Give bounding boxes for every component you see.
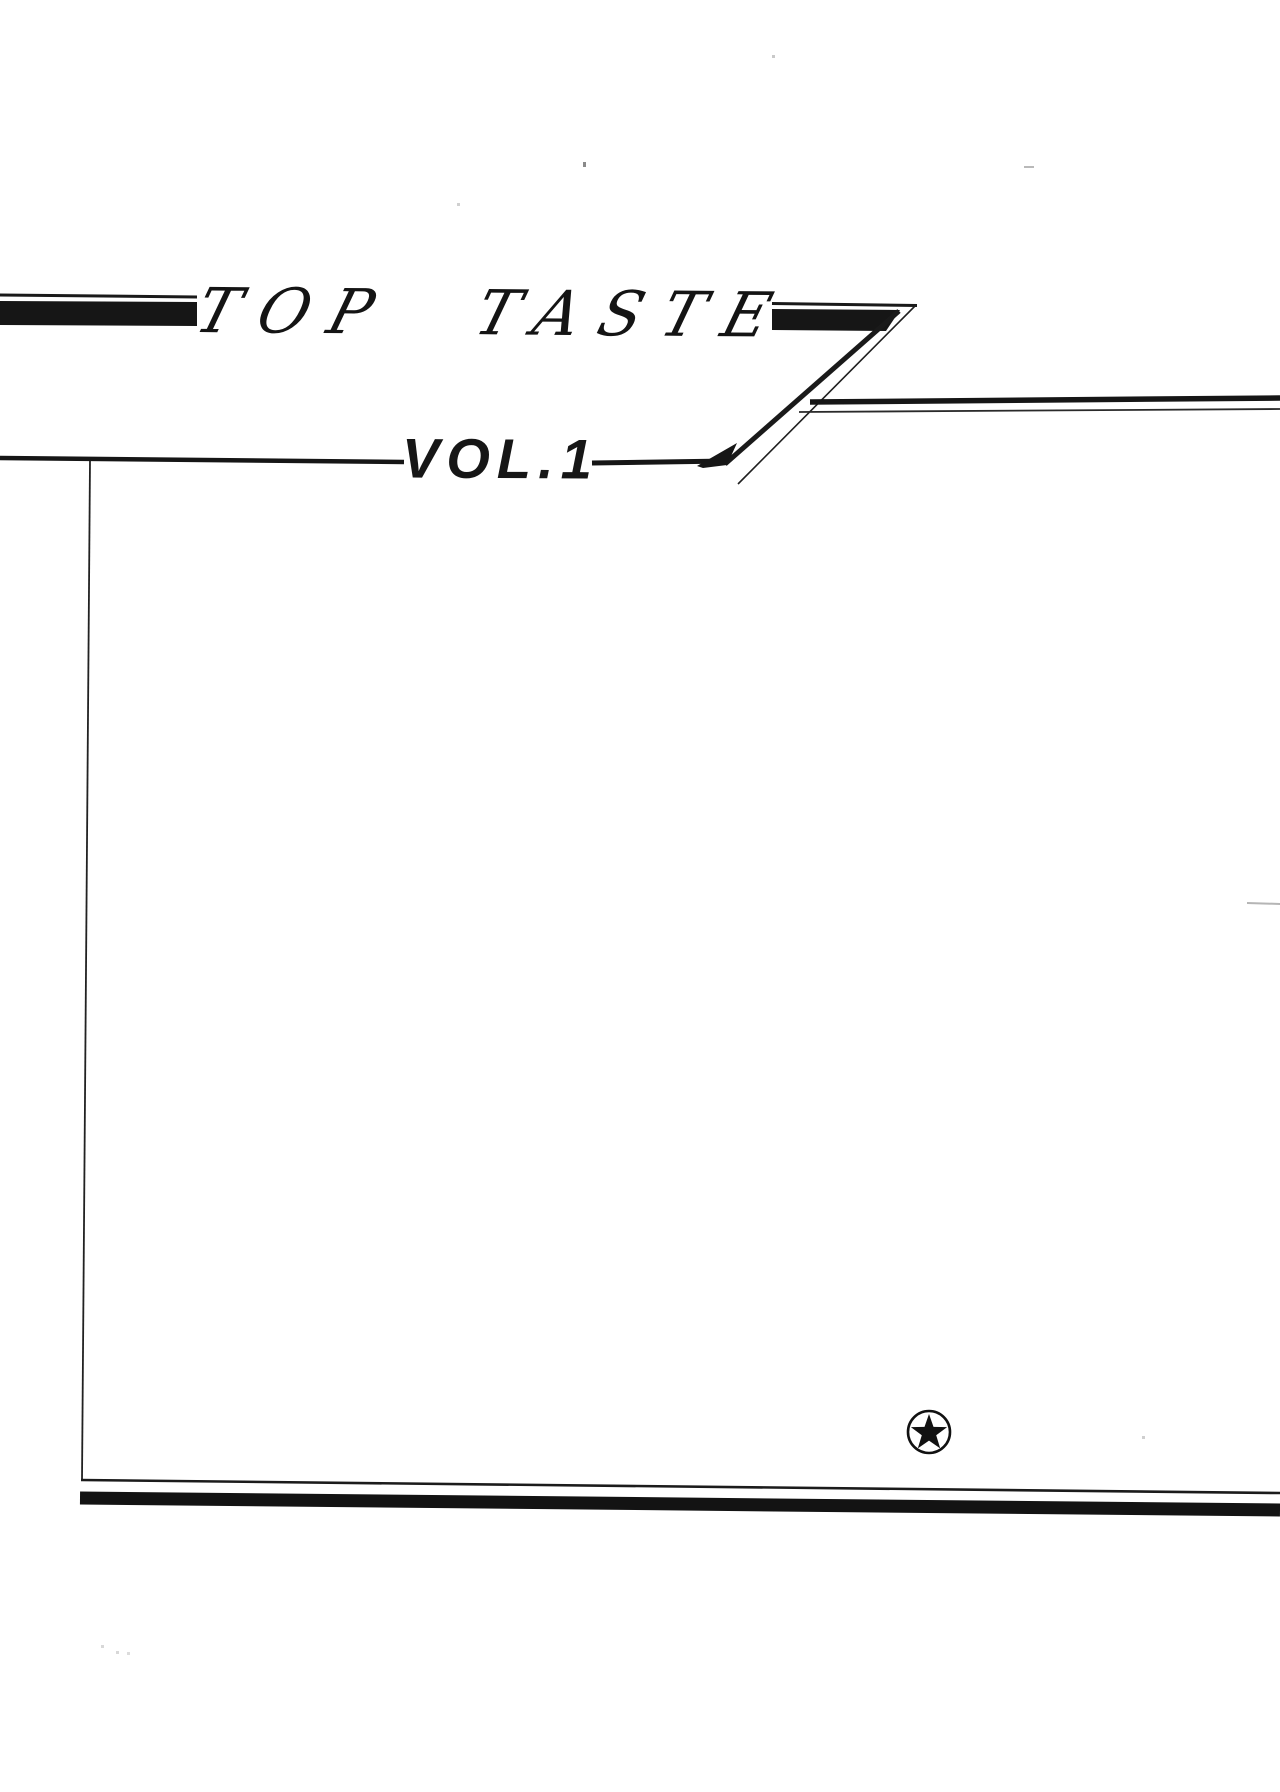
bottom-rule-thick: [80, 1498, 1280, 1510]
content-box-left-edge: [82, 461, 90, 1480]
top-ribbon-left-bar: [0, 301, 197, 326]
scan-speck: [116, 1651, 119, 1654]
ribbon-graphics: [0, 0, 1280, 1792]
middle-rule-thin: [799, 409, 1280, 412]
volume-rule-left: [0, 458, 404, 462]
top-ribbon-left-thin-line: [0, 295, 197, 297]
faint-edge-line-fragment: [1247, 903, 1280, 904]
series-title: TOP TASTE: [188, 274, 800, 351]
scan-speck: [583, 162, 586, 167]
bottom-rule-thin: [81, 1480, 1280, 1493]
scan-speck: [101, 1645, 104, 1648]
scan-speck: [127, 1652, 130, 1655]
scan-speck: [1142, 1436, 1145, 1439]
scan-speck: [772, 55, 775, 58]
scan-speck: [1024, 166, 1034, 168]
scan-speck: [457, 203, 460, 206]
middle-rule-thick: [810, 398, 1280, 402]
volume-rule-arrow-junction: [697, 443, 737, 468]
scanned-title-page: TOP TASTE VOL.1: [0, 0, 1280, 1792]
volume-label: VOL.1: [402, 425, 599, 491]
top-ribbon-right-thin-line: [772, 304, 917, 306]
star-icon: [908, 1411, 950, 1453]
